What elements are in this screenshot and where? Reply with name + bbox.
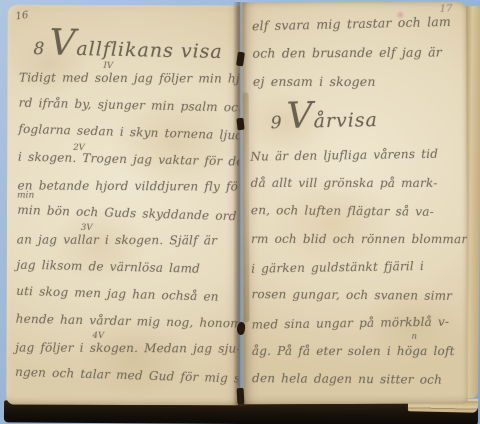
handwritten-line: med sina ungar på mörkblå v- xyxy=(251,314,463,345)
stitch-thread-bottom xyxy=(237,388,245,404)
handwritten-line: Nu är den ljufliga vårens tid xyxy=(250,146,462,177)
song-title-text-left: Vallflikans visa xyxy=(49,33,223,63)
handwritten-line: då allt vill grönska på mark- xyxy=(251,176,463,204)
song-title-right: 9Vårvisa xyxy=(270,105,378,133)
handwritten-line: rosen gungar, och svanen simr xyxy=(251,287,463,317)
handwritten-line: den hela dagen nu sitter och xyxy=(252,371,464,401)
handwritten-line: hende han vårdar mig nog, honom xyxy=(15,312,234,344)
handwritten-line: Tidigt med solen jag följer min hjo- xyxy=(19,70,237,98)
handwritten-line: elf svara mig trastar och lam xyxy=(252,14,461,48)
page-number-left: 16 xyxy=(15,10,29,23)
left-page: 16 8Vallflikans visa IV 2V min 3V 4V Tid… xyxy=(6,5,239,406)
handwritten-line: ej ensam i skogen xyxy=(253,74,461,103)
song-title-left: 8Vallflikans visa xyxy=(33,33,223,63)
handwritten-line: min bön och Guds skyddande ord med- xyxy=(17,203,236,236)
handwritten-line: en betande hjord vilddjuren fly för xyxy=(17,178,235,206)
left-page-text: Tidigt med solen jag följer min hjo-rd i… xyxy=(15,70,238,397)
handwritten-line: i skogen. Trogen jag vaktar för de- xyxy=(18,150,237,182)
song-title-text-right: Vårvisa xyxy=(286,105,378,133)
handwritten-line: i gärken guldstänkt fjäril i xyxy=(251,258,463,289)
song-number-left: 8 xyxy=(33,39,44,59)
handwritten-line: an jag vallar i skogen. Själf är xyxy=(17,232,235,260)
handwritten-line: ngen och talar med Gud för mig sjä- xyxy=(14,365,233,398)
right-page: 17 elf svara mig trastar och lamoch den … xyxy=(242,2,467,405)
handwritten-line: en, och luften flägtar så va- xyxy=(251,203,463,233)
stitch-thread-mid xyxy=(236,118,244,131)
song-number-right: 9 xyxy=(271,113,282,133)
song-8-continuation-text: elf svara mig trastar och lamoch den bru… xyxy=(252,15,461,105)
handwritten-line: jag följer i skogen. Medan jag sju- xyxy=(15,340,233,368)
handwritten-line: rm och blid och rönnen blommar xyxy=(251,232,463,260)
handwritten-line: och den brusande elf jag är xyxy=(252,44,460,74)
right-page-text: Nu är den ljufliga vårens tiddå allt vil… xyxy=(250,147,464,400)
handwritten-line: åg. På få eter solen i höga loft xyxy=(252,344,464,372)
book-scan-photo: 16 8Vallflikans visa IV 2V min 3V 4V Tid… xyxy=(0,0,480,424)
verse-marker-1: IV xyxy=(103,61,113,71)
